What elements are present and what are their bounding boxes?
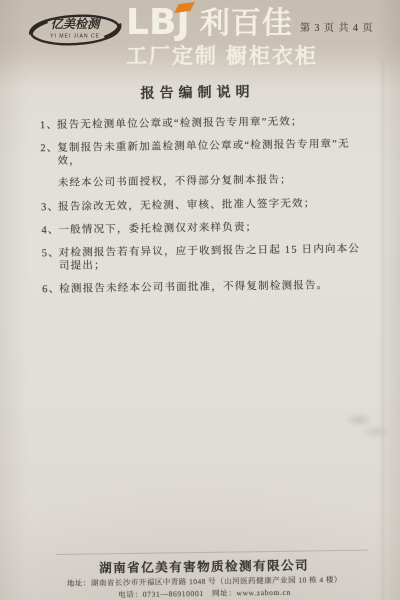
document-title: 报告编制说明 [0, 79, 398, 105]
document-body: 报告编制说明 1、 报告无检测单位公章或“检测报告专用章”无效； 2、 复制报告… [0, 0, 400, 600]
item-number: 3、 [41, 201, 59, 214]
item-text: 复制报告未重新加盖检测单位公章或“检测报告专用章”无效， [57, 139, 350, 167]
item-text: 对检测报告若有异议，应于收到报告之日起 15 日内向本公司提出； [59, 244, 360, 272]
photographed-report-page: 亿美检测 YI MEI JIAN CE LBJ 利百佳 工厂定制 橱柜衣柜 第 … [0, 0, 400, 600]
item-number: 5、 [42, 247, 60, 260]
item-text: 报告无检测单位公章或“检测报告专用章”无效； [57, 117, 303, 131]
list-item-5: 5、 对检测报告若有异议，应于收到报告之日起 15 日内向本公司提出； [42, 243, 372, 274]
list-item-2: 2、 复制报告未重新加盖检测单位公章或“检测报告专用章”无效， 未经本公司书面授… [40, 138, 371, 191]
list-item-3: 3、 报告涂改无效，无检测、审核、批准人签字无效； [41, 197, 371, 215]
item-text: 报告涂改无效，无检测、审核、批准人签字无效； [58, 198, 316, 213]
item-text: 一般情况下，委托检测仅对来样负责； [58, 222, 257, 236]
item-number: 1、 [40, 119, 58, 132]
item-text: 检测报告未经本公司书面批准，不得复制检测报告。 [59, 280, 328, 295]
item-text-continued: 未经本公司书面授权，不得部分复制本报告； [58, 173, 371, 190]
instruction-list: 1、 报告无检测单位公章或“检测报告专用章”无效； 2、 复制报告未重新加盖检测… [40, 115, 373, 307]
footer-divider [56, 550, 368, 555]
list-item-6: 6、 检测报告未经本公司书面批准，不得复制检测报告。 [42, 279, 372, 297]
item-number: 2、 [40, 142, 58, 155]
list-item-4: 4、 一般情况下，委托检测仅对来样负责； [41, 220, 371, 238]
item-number: 4、 [41, 224, 59, 237]
list-item-1: 1、 报告无检测单位公章或“检测报告专用章”无效； [40, 115, 370, 133]
item-number: 6、 [42, 283, 60, 296]
